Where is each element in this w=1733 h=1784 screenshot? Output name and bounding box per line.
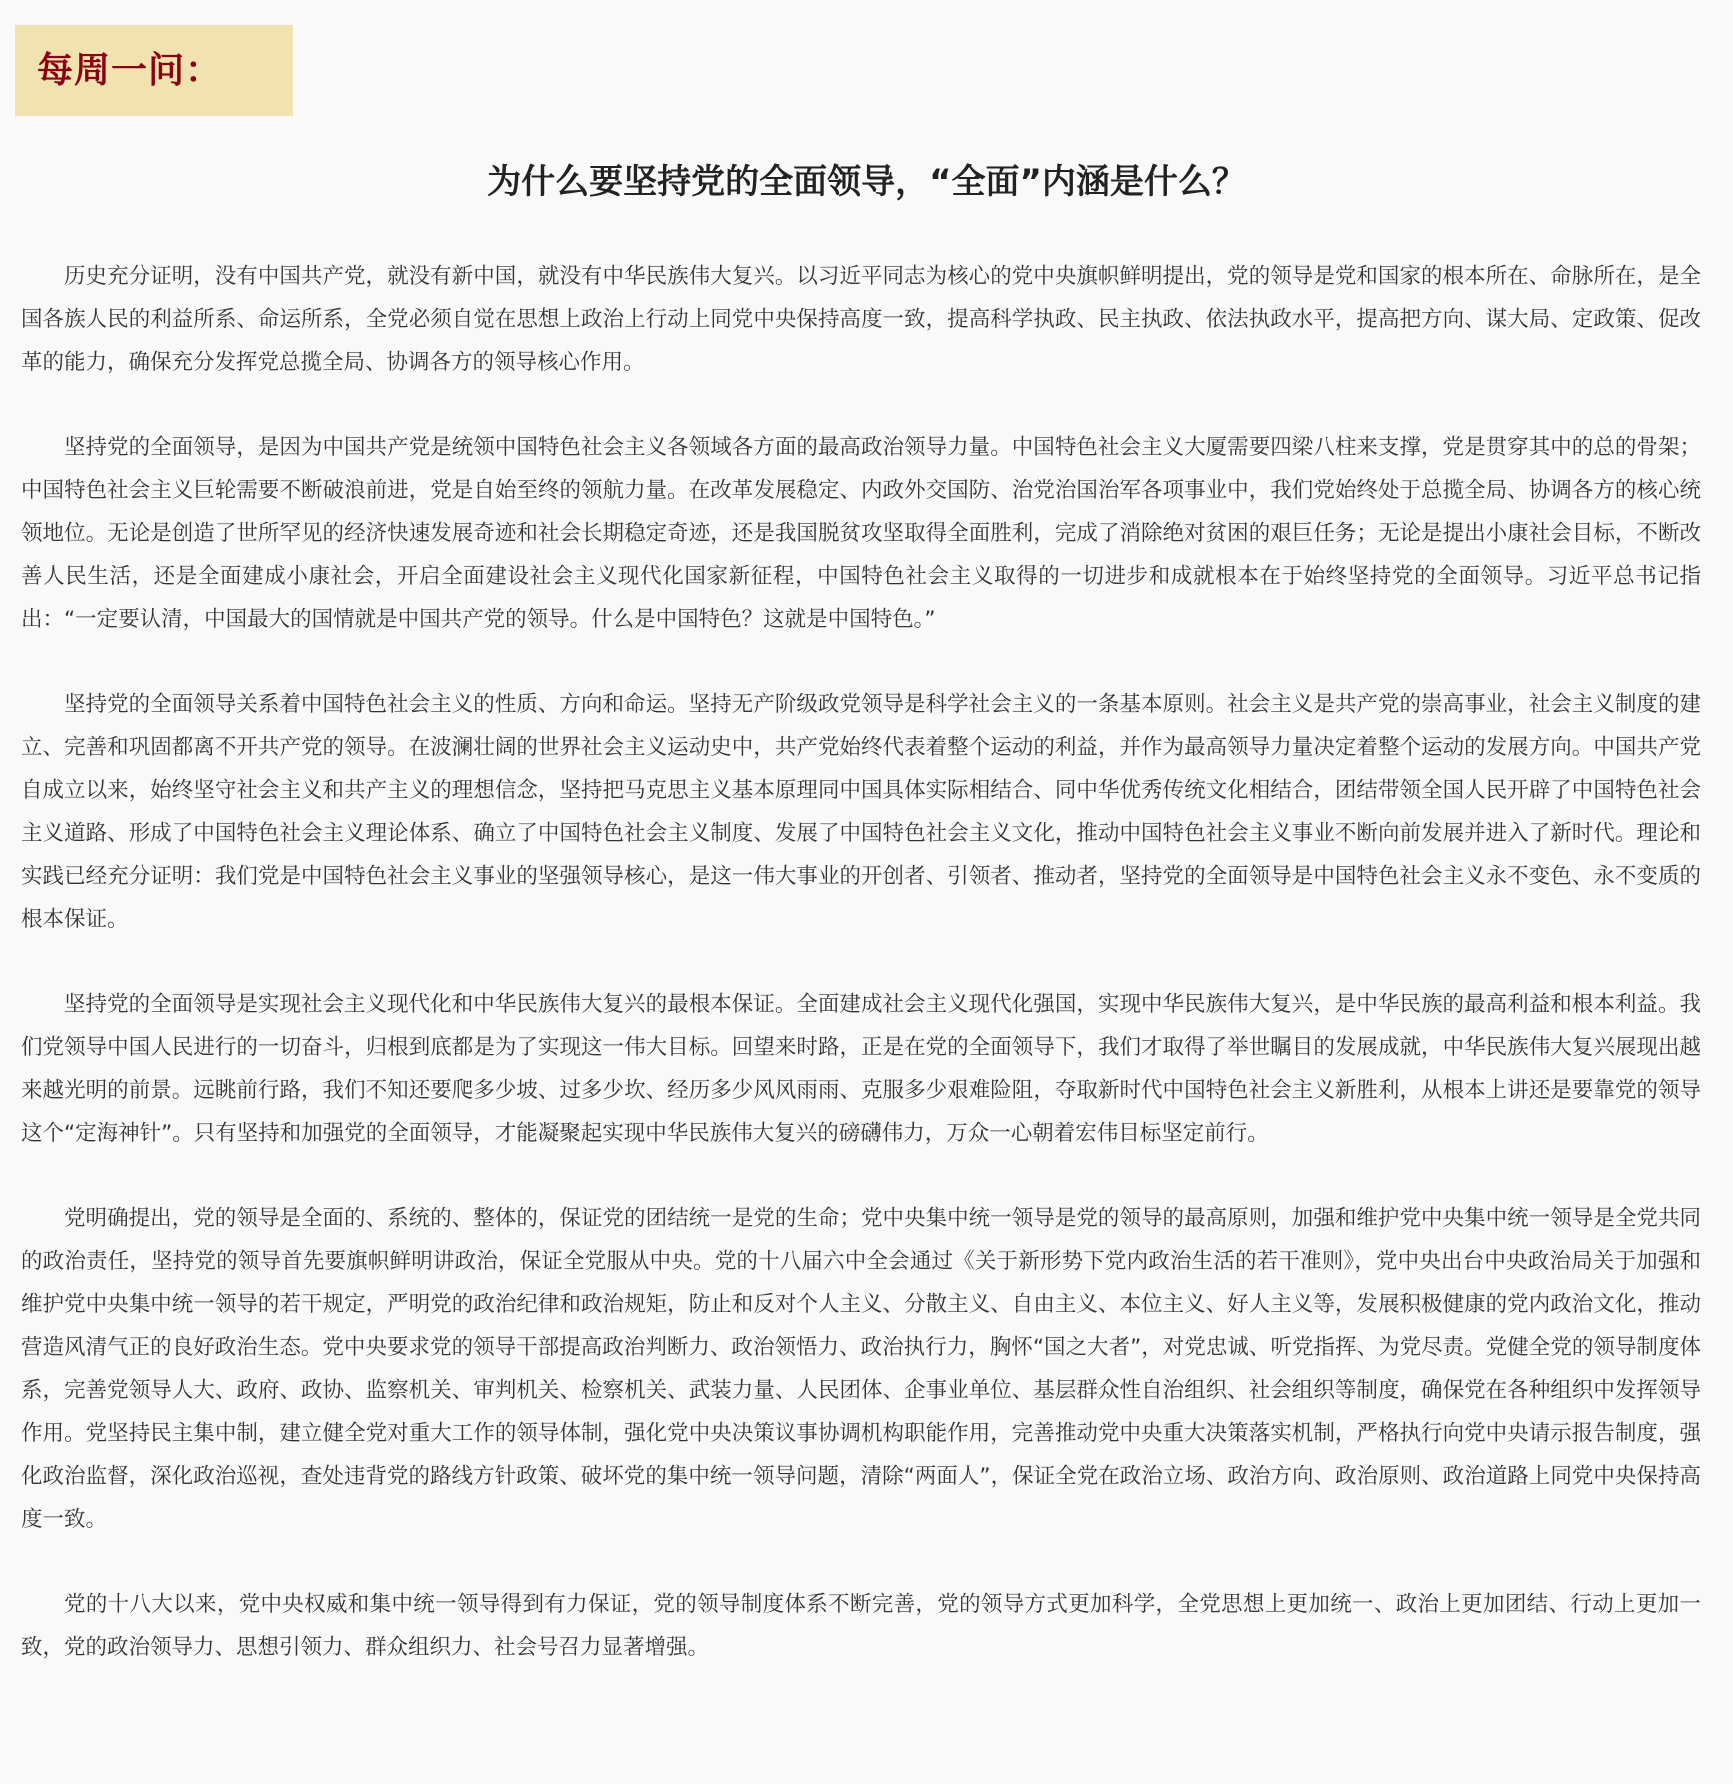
article-paragraph: 坚持党的全面领导关系着中国特色社会主义的性质、方向和命运。坚持无产阶级政党领导是… xyxy=(21,683,1701,941)
weekly-question-header: 每周一问： xyxy=(15,25,293,116)
article-body: 历史充分证明，没有中国共产党，就没有新中国，就没有中华民族伟大复兴。以习近平同志… xyxy=(21,255,1701,1711)
weekly-question-label: 每周一问： xyxy=(37,53,222,89)
article-paragraph: 历史充分证明，没有中国共产党，就没有新中国，就没有中华民族伟大复兴。以习近平同志… xyxy=(21,255,1701,384)
article-paragraph: 党明确提出，党的领导是全面的、系统的、整体的，保证党的团结统一是党的生命；党中央… xyxy=(21,1197,1701,1541)
article-paragraph: 坚持党的全面领导，是因为中国共产党是统领中国特色社会主义各领域各方面的最高政治领… xyxy=(21,426,1701,641)
article-title: 为什么要坚持党的全面领导，“全面”内涵是什么？ xyxy=(0,160,1733,204)
article-paragraph: 坚持党的全面领导是实现社会主义现代化和中华民族伟大复兴的最根本保证。全面建成社会… xyxy=(21,983,1701,1155)
article-paragraph: 党的十八大以来，党中央权威和集中统一领导得到有力保证，党的领导制度体系不断完善，… xyxy=(21,1583,1701,1669)
